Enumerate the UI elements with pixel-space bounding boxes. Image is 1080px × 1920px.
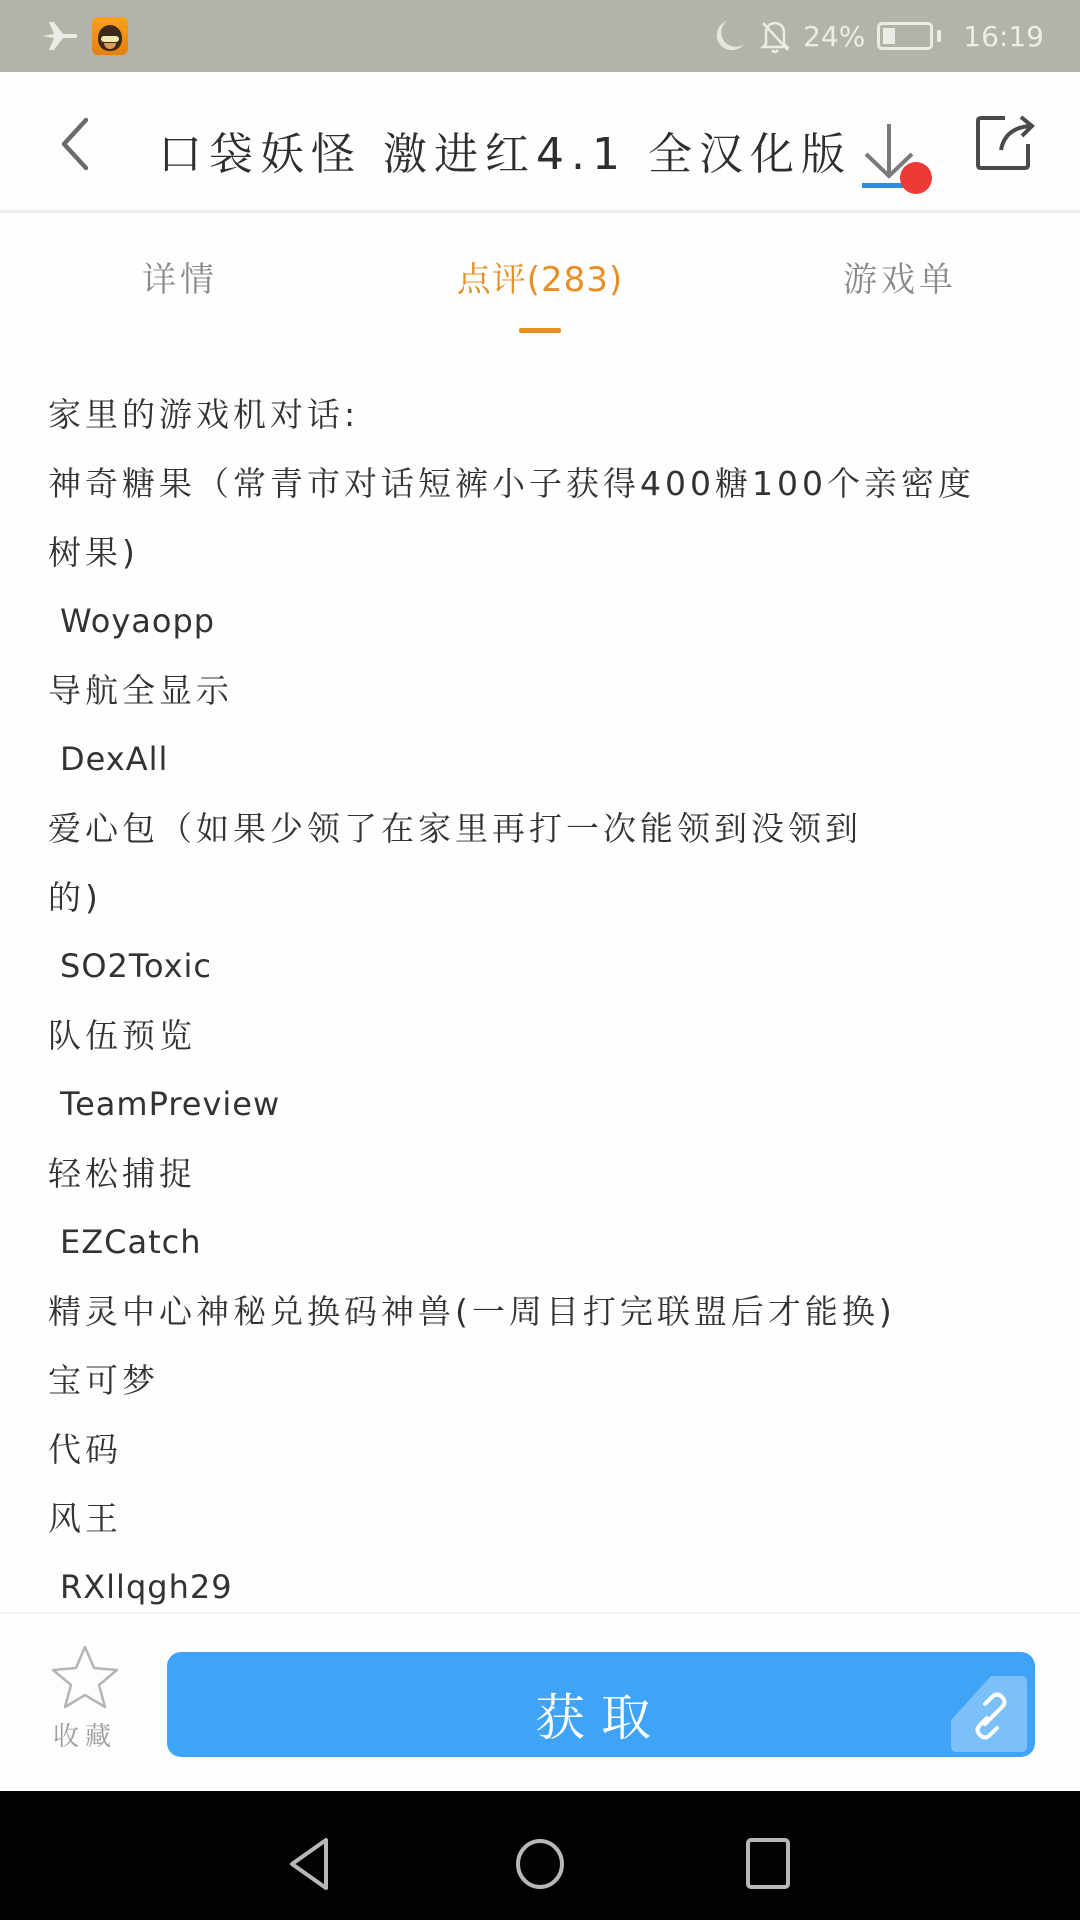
download-notification-badge [900,162,932,194]
share-icon [975,110,1037,174]
status-right: 24% 16:19 [713,14,1044,58]
battery-tip [937,30,941,42]
content-line: 队伍预览 [48,1001,1040,1070]
content-line: SO2Toxic [48,932,1040,1001]
tab-reviews[interactable]: 点评(283) [360,216,720,340]
tab-details[interactable]: 详情 [0,216,360,340]
do-not-disturb-moon-icon [713,18,747,54]
content-line: Woyaopp [48,587,1040,656]
nav-recents-button[interactable] [738,1837,798,1891]
nav-back-button[interactable] [280,1837,340,1891]
back-triangle-icon [280,1837,340,1891]
link-icon[interactable] [951,1674,1029,1752]
get-button[interactable]: 获取 [167,1652,1035,1757]
system-nav-bar [0,1791,1080,1920]
content-line: EZCatch [48,1208,1040,1277]
tab-label: 详情 [142,260,218,300]
content-line: 神奇糖果（常青市对话短裤小子获得400糖100个亲密度 [48,449,1040,518]
share-button[interactable] [975,110,1037,174]
nav-home-button[interactable] [510,1837,570,1891]
content-line: 家里的游戏机对话: [48,380,1040,449]
back-button[interactable] [50,114,106,174]
tab-game-lists[interactable]: 游戏单 [720,216,1080,340]
content-line: TeamPreview [48,1070,1040,1139]
active-tab-indicator [519,328,561,333]
get-button-label: 获取 [167,1678,1035,1750]
battery-icon [877,22,933,50]
recents-square-icon [738,1837,798,1891]
bell-off-icon [757,17,793,55]
home-circle-icon [510,1837,570,1891]
clock: 16:19 [963,20,1044,53]
status-bar: 24% 16:19 [0,0,1080,72]
chevron-left-icon [50,114,106,174]
tab-label: 点评(283) [457,260,623,300]
content-line: 树果) [48,518,1040,587]
favorite-label: 收藏 [45,1716,125,1753]
content-line: 精灵中心神秘兑换码神兽(一周目打完联盟后才能换) [48,1277,1040,1346]
tab-bar: 详情 点评(283) 游戏单 [0,216,1080,340]
bottom-action-bar: 收藏 获取 [0,1612,1080,1791]
content-line: 的) [48,863,1040,932]
page-title: 口袋妖怪 激进红4.1 全汉化版 [158,118,852,182]
content-line: 风王 [48,1484,1040,1553]
battery-percent: 24% [803,20,865,53]
status-left [40,14,128,58]
content-line: RXllqgh29 [48,1553,1040,1612]
review-content[interactable]: 家里的游戏机对话: 神奇糖果（常青市对话短裤小子获得400糖100个亲密度 树果… [0,380,1080,1612]
tab-label: 游戏单 [843,260,957,300]
content-line: 爱心包（如果少领了在家里再打一次能领到没领到 [48,794,1040,863]
content-line: 轻松捕捉 [48,1139,1040,1208]
content-line: 宝可梦 [48,1346,1040,1415]
content-line: 导航全显示 [48,656,1040,725]
favorite-button[interactable]: 收藏 [45,1644,125,1764]
app-notification-icon [92,17,128,55]
airplane-icon [40,18,80,54]
app-header: 口袋妖怪 激进红4.1 全汉化版 [0,72,1080,213]
content-line: 代码 [48,1415,1040,1484]
star-outline-icon [50,1644,120,1710]
content-line: DexAll [48,725,1040,794]
